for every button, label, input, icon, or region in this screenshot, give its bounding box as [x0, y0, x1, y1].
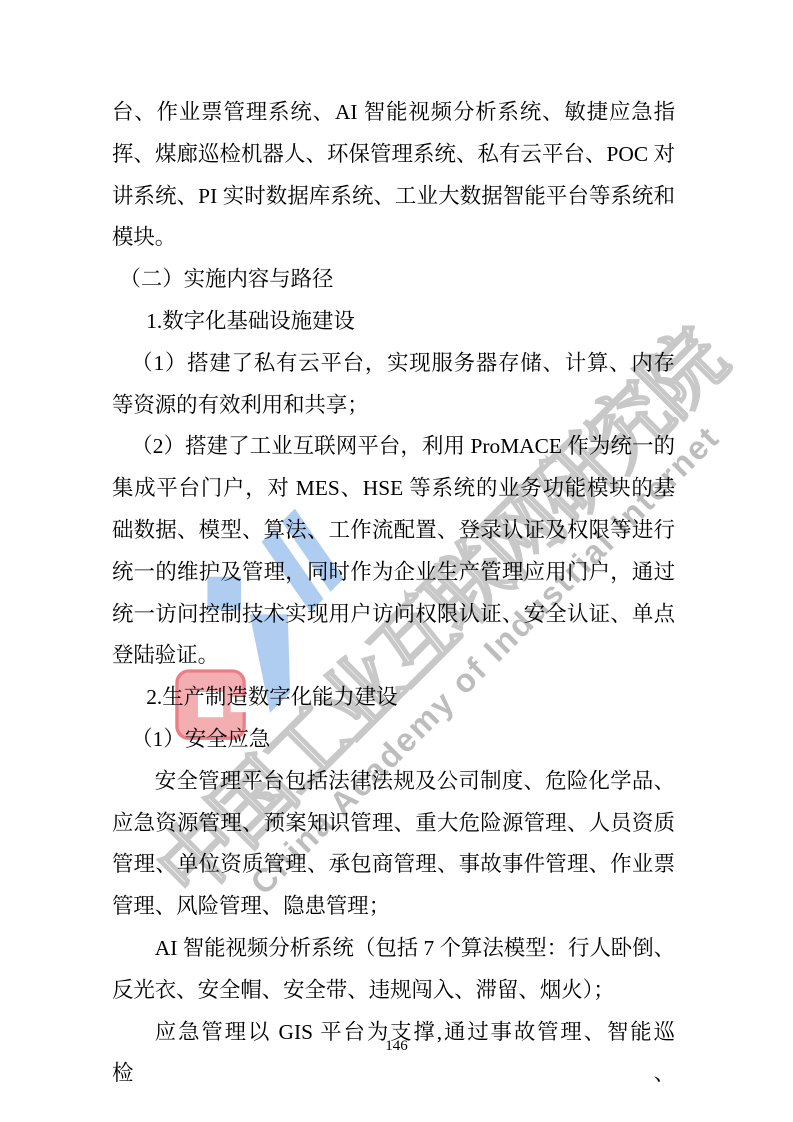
paragraph: （二）实施内容与路径 [112, 259, 675, 301]
paragraph: 1.数字化基础设施建设 [112, 301, 675, 343]
page-number: 146 [0, 1038, 793, 1055]
paragraph: 2.生产制造数字化能力建设 [112, 677, 675, 719]
paragraph: （2）搭建了工业互联网平台，利用 ProMACE 作为统一的集成平台门户，对 M… [112, 426, 675, 677]
paragraph: （1）安全应急 [112, 719, 675, 761]
page-body: 台、作业票管理系统、AI 智能视频分析系统、敏捷应急指挥、煤廊巡检机器人、环保管… [112, 92, 675, 1095]
document-page: 中国工业互联网研究院 China Academy of Industrial I… [0, 0, 793, 1122]
paragraph: AI 智能视频分析系统（包括 7 个算法模型：行人卧倒、反光衣、安全帽、安全带、… [112, 928, 675, 1012]
paragraph: （1）搭建了私有云平台，实现服务器存储、计算、内存等资源的有效利用和共享； [112, 343, 675, 427]
paragraph: 安全管理平台包括法律法规及公司制度、危险化学品、应急资源管理、预案知识管理、重大… [112, 761, 675, 928]
paragraph: 台、作业票管理系统、AI 智能视频分析系统、敏捷应急指挥、煤廊巡检机器人、环保管… [112, 92, 675, 259]
